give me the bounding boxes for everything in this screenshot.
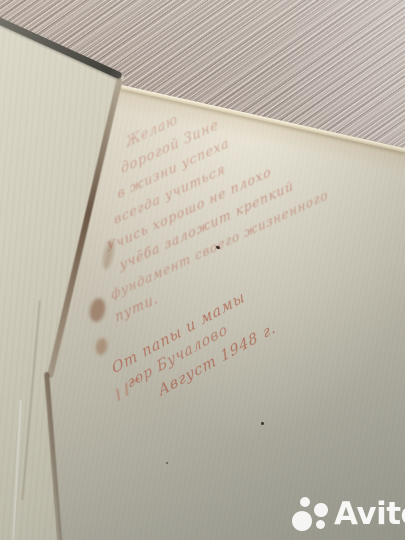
page-stack-edge-line bbox=[21, 300, 40, 499]
photo-of-open-book: Желаю дорогой Зине в жизни успеха всегда… bbox=[0, 0, 405, 540]
dirt-speck bbox=[166, 462, 168, 464]
avito-watermark-text: Avito bbox=[334, 496, 405, 533]
avito-logo-icon bbox=[292, 496, 329, 533]
page-stack-edge-line bbox=[12, 400, 21, 540]
dirt-speck bbox=[261, 422, 264, 425]
avito-watermark: Avito bbox=[292, 496, 405, 533]
